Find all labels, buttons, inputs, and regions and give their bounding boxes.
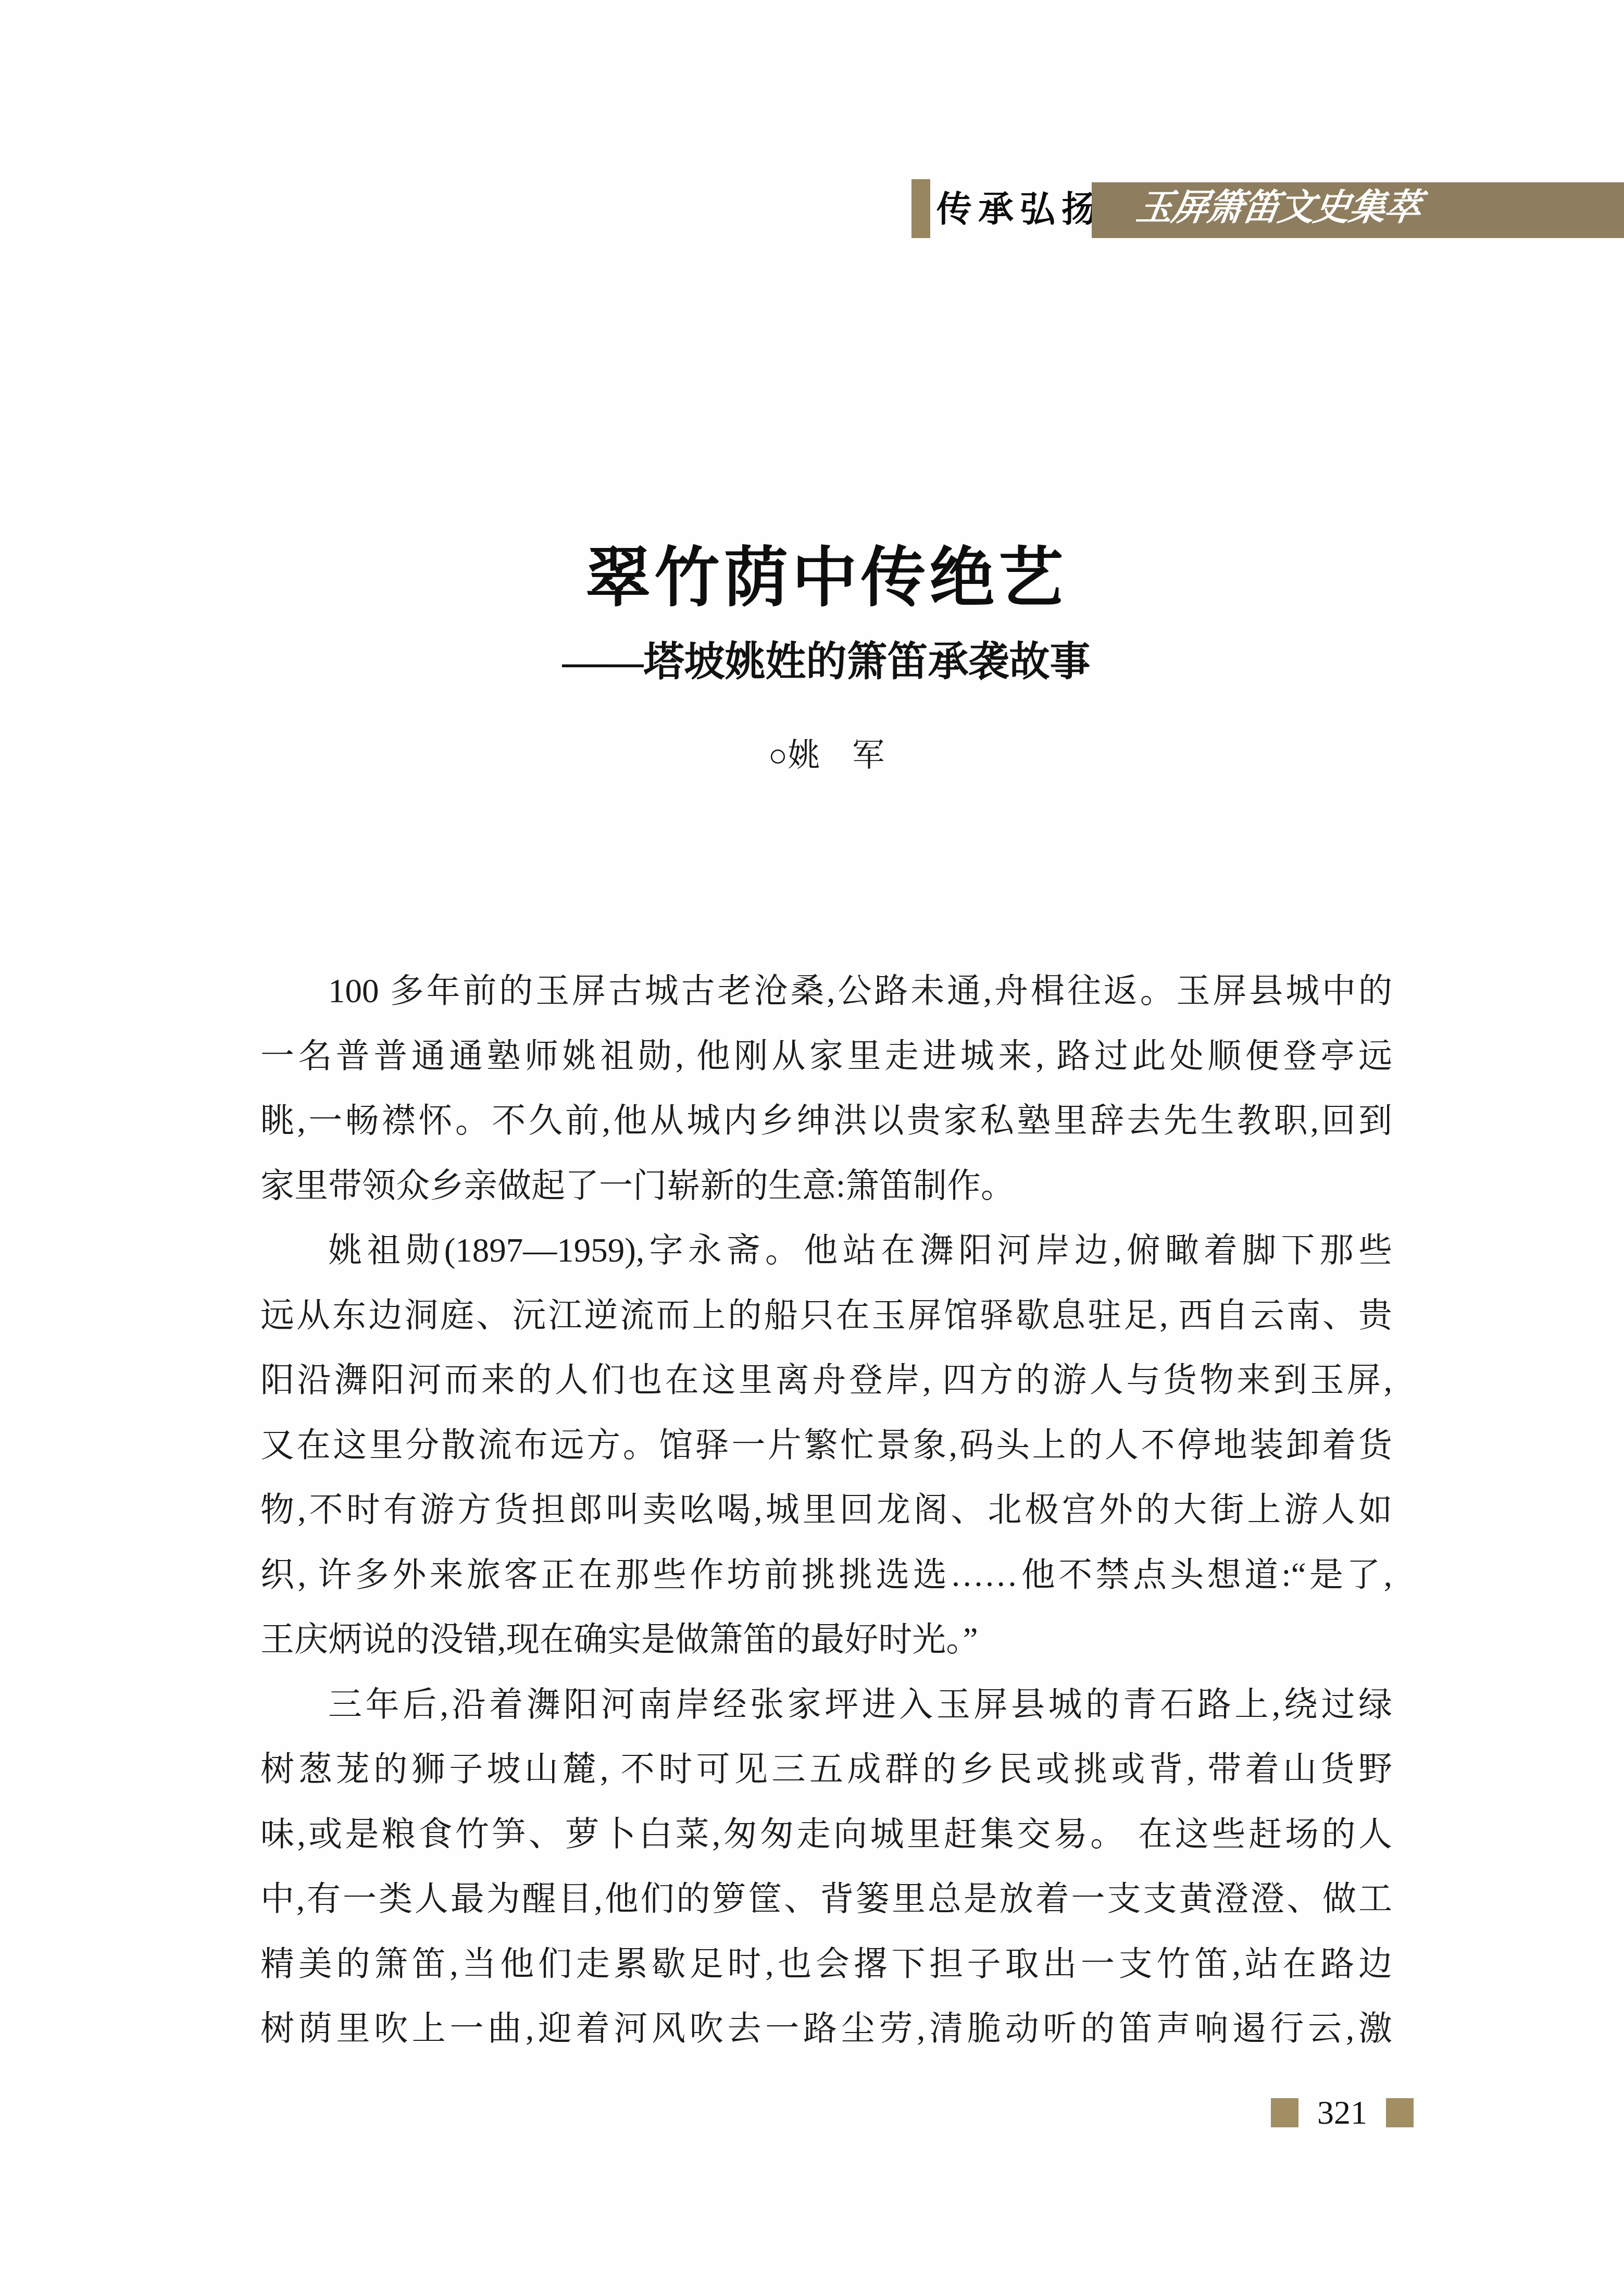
body-line: 织, 许多外来旅客正在那些作坊前挑挑选选……他不禁点头想道:“是了, bbox=[260, 1543, 1392, 1608]
header-banner-title: 玉屏箫笛文史集萃 bbox=[1133, 182, 1423, 234]
body-line: 中,有一类人最为醒目,他们的箩筐、背篓里总是放着一支支黄澄澄、做工 bbox=[260, 1867, 1392, 1932]
page-number: 321 bbox=[1317, 2097, 1367, 2128]
body-line: 三年后,沿着㵲阳河南岸经张家坪进入玉屏县城的青石路上,绕过绿 bbox=[260, 1673, 1392, 1738]
body-line: 100 多年前的玉屏古城古老沧桑,公路未通,舟楫往返。玉屏县城中的 bbox=[260, 959, 1392, 1024]
article-title: 翠竹荫中传绝艺 bbox=[260, 525, 1392, 619]
book-page: 传承弘扬 玉屏箫笛文史集萃 翠竹荫中传绝艺 ——塔坡姚姓的箫笛承袭故事 ○姚 军… bbox=[0, 0, 1624, 2269]
header-band: 玉屏箫笛文史集萃 bbox=[1092, 182, 1624, 238]
body-line: 味,或是粮食竹笋、萝卜白菜,匆匆走向城里赶集交易。 在这些赶场的人 bbox=[260, 1802, 1392, 1867]
body-line: 一名普普通通塾师姚祖勋, 他刚从家里走进城来, 路过此处顺便登亭远 bbox=[260, 1024, 1392, 1089]
body-line: 姚祖勋(1897—1959),字永斋。他站在㵲阳河岸边,俯瞰着脚下那些 bbox=[260, 1218, 1392, 1283]
header-accent-bar bbox=[911, 179, 930, 238]
body-line: 远从东边洞庭、沅江逆流而上的船只在玉屏馆驿歇息驻足, 西自云南、贵 bbox=[260, 1283, 1392, 1349]
body-line: 精美的箫笛,当他们走累歇足时,也会撂下担子取出一支竹笛,站在路边 bbox=[260, 1932, 1392, 1997]
header-section-label: 传承弘扬 bbox=[936, 181, 1103, 238]
footer-right-square bbox=[1386, 2098, 1414, 2127]
body-line: 家里带领众乡亲做起了一门崭新的生意:箫笛制作。 bbox=[260, 1154, 1392, 1219]
article-subtitle: ——塔坡姚姓的箫笛承袭故事 bbox=[260, 629, 1392, 688]
body-line: 眺,一畅襟怀。不久前,他从城内乡绅洪以贵家私塾里辞去先生教职,回到 bbox=[260, 1089, 1392, 1154]
body-line: 物,不时有游方货担郎叫卖吆喝,城里回龙阁、北极宫外的大街上游人如 bbox=[260, 1478, 1392, 1543]
body-line: 树葱茏的狮子坡山麓, 不时可见三五成群的乡民或挑或背, 带着山货野 bbox=[260, 1737, 1392, 1802]
body-line: 又在这里分散流布远方。馆驿一片繁忙景象,码头上的人不停地装卸着货 bbox=[260, 1413, 1392, 1478]
article-author: ○姚 军 bbox=[260, 729, 1392, 776]
body-line: 阳沿㵲阳河而来的人们也在这里离舟登岸, 四方的游人与货物来到玉屏, bbox=[260, 1348, 1392, 1413]
body-text: 100 多年前的玉屏古城古老沧桑,公路未通,舟楫往返。玉屏县城中的一名普普通通塾… bbox=[260, 959, 1392, 2062]
body-line: 王庆炳说的没错,现在确实是做箫笛的最好时光。” bbox=[260, 1607, 1392, 1673]
body-line: 树荫里吹上一曲,迎着河风吹去一路尘劳,清脆动听的笛声响遏行云,激 bbox=[260, 1997, 1392, 2062]
page-footer: 321 bbox=[1271, 2097, 1414, 2128]
footer-left-square bbox=[1271, 2098, 1298, 2127]
